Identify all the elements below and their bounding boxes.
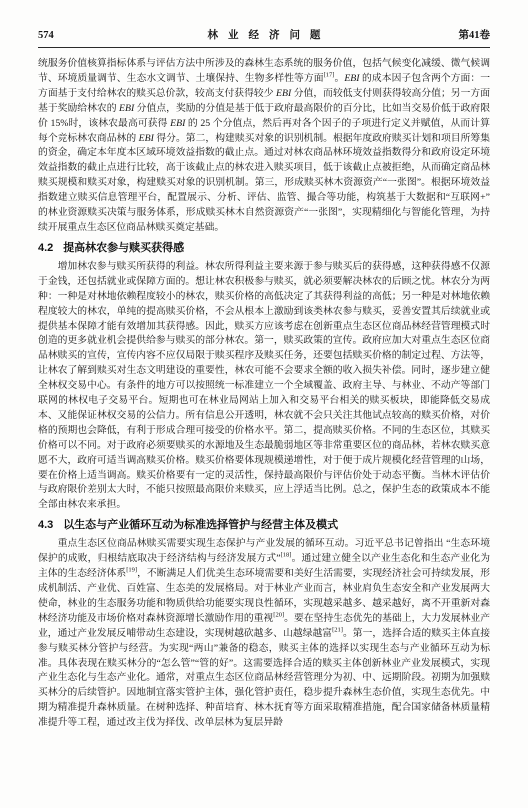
paragraph-4-3: 重点生态区位商品林赎买需要实现生态保护与产业发展的循环互动。习近平总书记曾指出 … <box>38 537 490 731</box>
citation-ref: [17] <box>324 72 335 79</box>
citation-ref: [21] <box>332 626 343 633</box>
volume-label: 第41卷 <box>430 30 490 42</box>
section-title: 以生态与产业循环互动为标准选择管护与经营主体及模式 <box>63 519 338 531</box>
citation-ref: [19] <box>126 567 137 574</box>
ebi-term: EBI <box>344 73 359 84</box>
article-body: 统服务价值核算指标体系与评估方法中所涉及的森林生态系统的服务价值，包括气候变化减… <box>38 57 490 731</box>
section-heading-4-3: 4.3以生态与产业循环互动为标准选择管护与经营主体及模式 <box>38 518 490 533</box>
section-title: 提高林农参与赎买获得感 <box>63 242 184 254</box>
journal-title: 林业经济问题 <box>98 30 440 42</box>
ebi-term: EBI <box>276 88 291 99</box>
citation-ref: [20] <box>273 612 284 619</box>
citation-ref: [18] <box>281 552 292 559</box>
ebi-term: EBI <box>139 133 154 144</box>
paragraph-continuation: 统服务价值核算指标体系与评估方法中所涉及的森林生态系统的服务价值，包括气候变化减… <box>38 57 490 236</box>
page-header: 574 林业经济问题 第41卷 <box>38 30 490 42</box>
section-heading-4-2: 4.2提高林农参与赎买获得感 <box>38 241 490 256</box>
section-number: 4.2 <box>38 242 53 254</box>
ebi-term: EBI <box>119 103 134 114</box>
page-number: 574 <box>38 30 98 42</box>
header-rule <box>38 47 490 48</box>
ebi-term: EBI <box>170 118 185 129</box>
paragraph-4-2: 增加林农参与赎买所获得的利益。林农所得利益主要来源于参与赎买后的获得感，这种获得… <box>38 260 490 513</box>
section-number: 4.3 <box>38 519 53 531</box>
journal-page: 574 林业经济问题 第41卷 统服务价值核算指标体系与评估方法中所涉及的森林生… <box>0 0 528 808</box>
